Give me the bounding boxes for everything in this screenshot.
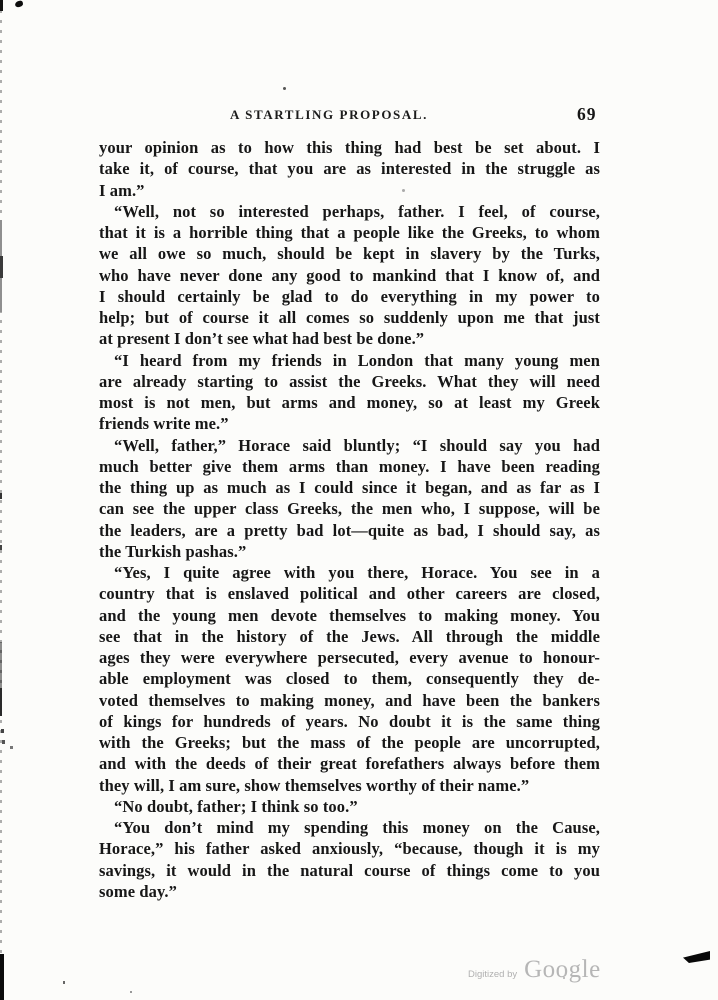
text-line: the thing up as much as I could since it… [99, 477, 600, 498]
scan-artifact-left-dot-2 [0, 545, 2, 550]
scan-artifact-top-left-dot [14, 0, 23, 8]
scan-artifact-left-blob [0, 256, 3, 278]
text-line: “Well, not so interested perhaps, father… [99, 201, 600, 222]
text-line: savings, it would in the natural course … [99, 860, 600, 881]
text-line: “I heard from my friends in London that … [99, 350, 600, 371]
scan-artifact-above-header-dot [283, 87, 286, 90]
text-line: the Turkish pashas.” [99, 541, 600, 562]
scan-artifact-left-line-2 [0, 688, 2, 716]
text-line: your opinion as to how this thing had be… [99, 137, 600, 158]
scan-artifact-top-left-line [0, 0, 3, 11]
text-line: “Well, father,” Horace said bluntly; “I … [99, 435, 600, 456]
text-line: able employment was closed to them, cons… [99, 668, 600, 689]
scan-artifact-left-line-lower [0, 642, 2, 690]
scan-artifact-speck-7 [563, 977, 565, 979]
scan-artifact-left-edge-dashes [0, 0, 2, 1000]
text-line: see that in the history of the Jews. All… [99, 626, 600, 647]
text-line: the leaders, are a pretty bad lot—quite … [99, 520, 600, 541]
scan-artifact-right-wedge [683, 951, 710, 963]
google-logo: Google [524, 956, 601, 984]
scanned-book-page: A STARTLING PROPOSAL. 69 your opinion as… [0, 0, 718, 1000]
text-line: “No doubt, father; I think so too.” [99, 796, 600, 817]
text-line: who have never done any good to mankind … [99, 265, 600, 286]
digitized-by-google-watermark: Digitized by Google [468, 956, 601, 984]
text-line: some day.” [99, 881, 600, 902]
page-number: 69 [577, 104, 597, 125]
scan-artifact-left-dot-1 [0, 493, 2, 499]
text-line: they will, I am sure, show themselves wo… [99, 775, 600, 796]
text-line: and the young men devote themselves to m… [99, 605, 600, 626]
chapter-header-title: A STARTLING PROPOSAL. [79, 107, 579, 123]
scan-artifact-speck-5 [130, 991, 132, 993]
scan-artifact-bottom-left-bar [0, 954, 4, 1000]
text-line: country that is enslaved political and o… [99, 583, 600, 604]
text-line: we all owe so much, should be kept in sl… [99, 243, 600, 264]
text-line: take it, of course, that you are as inte… [99, 158, 600, 179]
scan-artifact-speck-1 [1, 729, 4, 733]
text-line: much better give them arms than money. I… [99, 456, 600, 477]
text-line: I should certainly be glad to do everyth… [99, 286, 600, 307]
page-text-block: your opinion as to how this thing had be… [99, 137, 600, 902]
text-line: and with the deeds of their great forefa… [99, 753, 600, 774]
text-line: are already starting to assist the Greek… [99, 371, 600, 392]
scan-artifact-speck-6 [402, 189, 405, 192]
text-line: Horace,” his father asked anxiously, “be… [99, 838, 600, 859]
text-line: friends write me.” [99, 413, 600, 434]
digitized-by-label: Digitized by [468, 969, 517, 980]
text-line: ages they were everywhere persecuted, ev… [99, 647, 600, 668]
text-line: can see the upper class Greeks, the men … [99, 498, 600, 519]
text-line: with the Greeks; but the mass of the peo… [99, 732, 600, 753]
text-line: help; but of course it all comes so sudd… [99, 307, 600, 328]
text-line: most is not men, but arms and money, so … [99, 392, 600, 413]
running-header: A STARTLING PROPOSAL. 69 [100, 107, 600, 129]
text-line: at present I don’t see what had best be … [99, 328, 600, 349]
text-line: of kings for hundreds of years. No doubt… [99, 711, 600, 732]
text-line: “Yes, I quite agree with you there, Hora… [99, 562, 600, 583]
text-line: “You don’t mind my spending this money o… [99, 817, 600, 838]
text-line: voted themselves to making money, and ha… [99, 690, 600, 711]
text-line: I am.” [99, 180, 600, 201]
scan-artifact-speck-2 [2, 740, 5, 744]
scan-artifact-speck-4 [63, 981, 65, 984]
scan-artifact-speck-3 [10, 746, 13, 749]
text-line: that it is a horrible thing that a peopl… [99, 222, 600, 243]
